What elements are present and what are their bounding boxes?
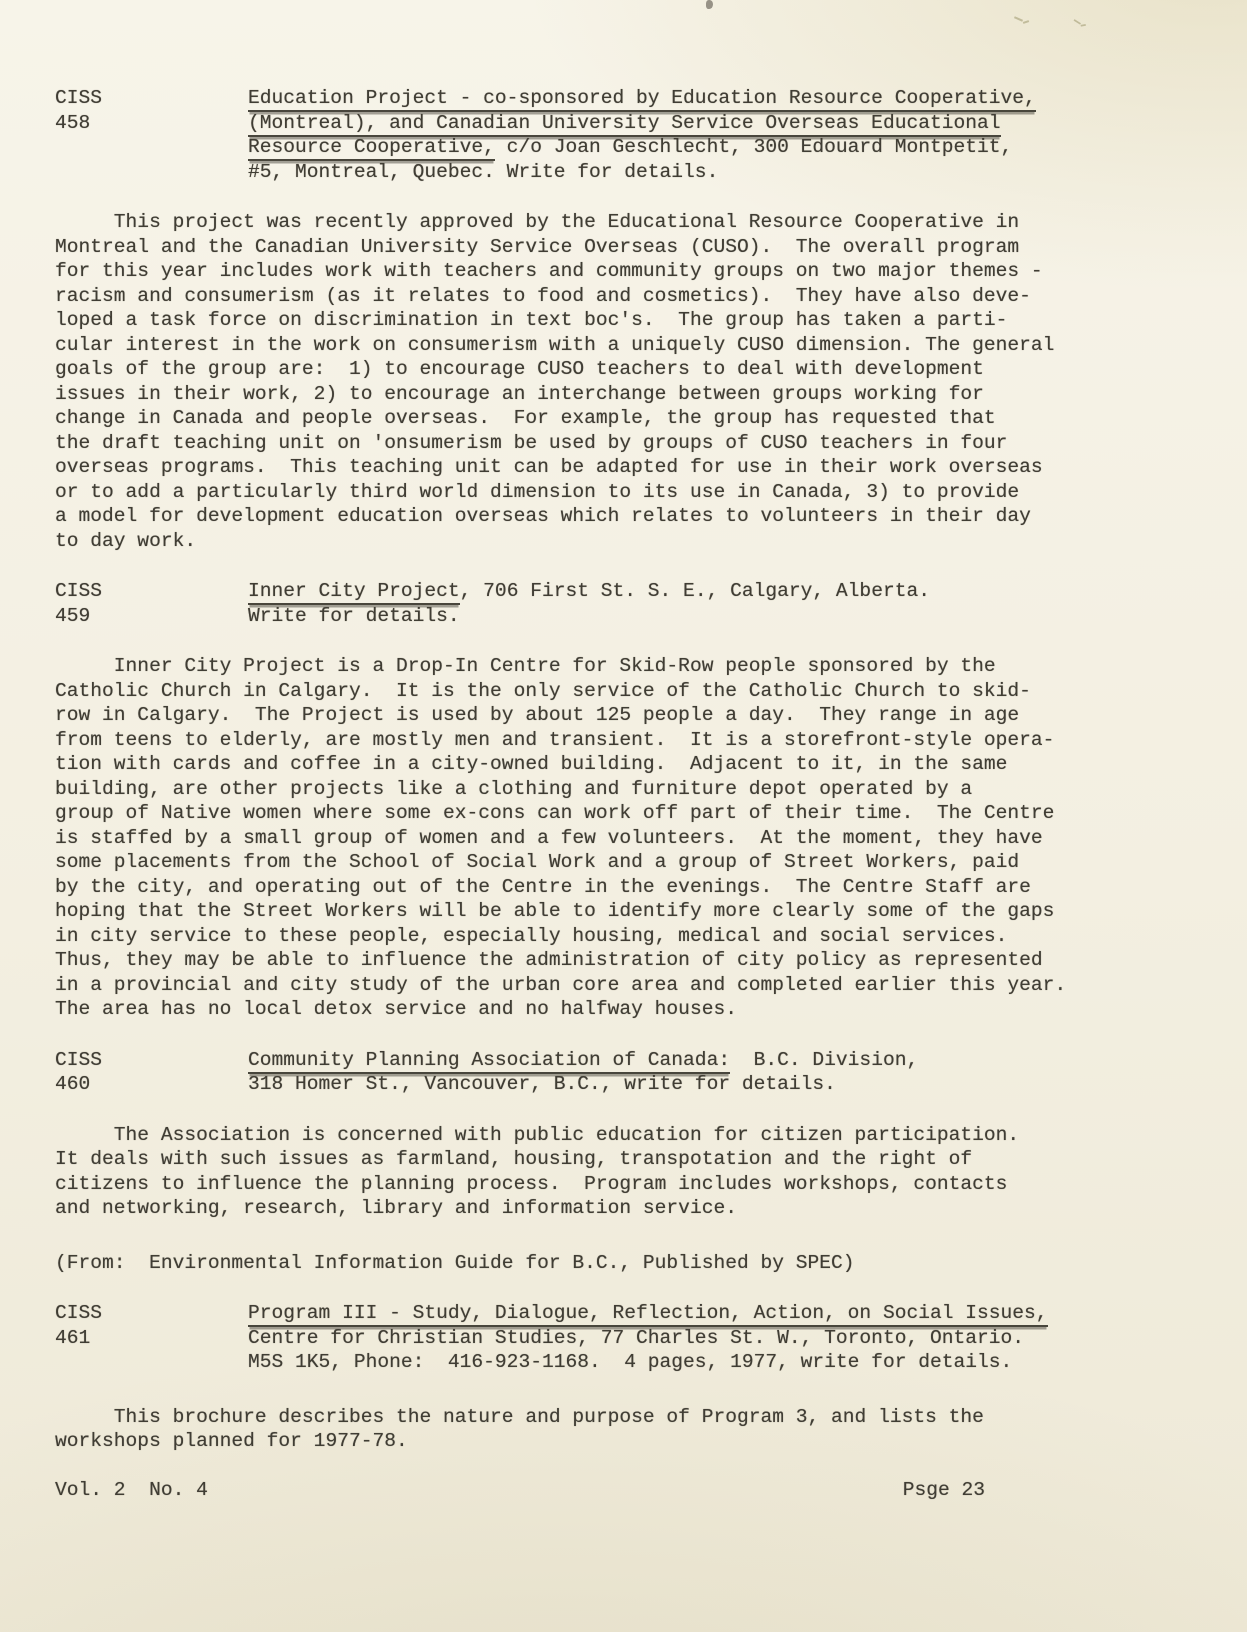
heading-line: (Montreal), and Canadian University Serv… [248, 111, 1207, 136]
entry-code: CISS458 [55, 86, 248, 135]
text-line: the draft teaching unit on 'onsumerism b… [55, 431, 1207, 456]
entry-ciss-459: CISS459Inner City Project, 706 First St.… [55, 579, 1207, 628]
text-line: in a provincial and city study of the ur… [55, 973, 1207, 998]
entry-heading: Community Planning Association of Canada… [248, 1048, 1207, 1097]
page-number: Psge 23 [903, 1478, 985, 1503]
heading-text: 318 Homer St., Vancouver, B.C., write fo… [248, 1073, 836, 1095]
entry-code-text: CISS [55, 1301, 248, 1326]
text-line: for this year includes work with teacher… [55, 259, 1207, 284]
entry-code-text: CISS [55, 579, 248, 604]
source-note: (From: Environmental Information Guide f… [55, 1251, 1207, 1276]
text-line: racism and consumerism (as it relates to… [55, 284, 1207, 309]
heading-text: , 706 First St. S. E., Calgary, Alberta. [460, 580, 930, 602]
text-line: a model for development education overse… [55, 504, 1207, 529]
heading-line: M5S 1K5, Phone: 416-923-1168. 4 pages, 1… [248, 1350, 1207, 1375]
entry-heading: Inner City Project, 706 First St. S. E.,… [248, 579, 1207, 628]
heading-text: M5S 1K5, Phone: 416-923-1168. 4 pages, 1… [248, 1351, 1012, 1373]
text-line: This brochure describes the nature and p… [55, 1405, 1207, 1430]
heading-text: #5, Montreal, Quebec. Write for details. [248, 161, 718, 183]
text-line: citizens to influence the planning proce… [55, 1172, 1207, 1197]
text-line: Catholic Church in Calgary. It is the on… [55, 679, 1207, 704]
scanned-page: { "page": { "paper_color": "#f4f0e2", "i… [0, 0, 1247, 1632]
entry-code: CISS460 [55, 1048, 248, 1097]
document-body: CISS458Education Project - co-sponsored … [0, 0, 1247, 1454]
text-line: goals of the group are: 1) to encourage … [55, 357, 1207, 382]
entry-number: 460 [55, 1072, 248, 1097]
volume-issue-label: Vol. 2 No. 4 [55, 1478, 208, 1503]
heading-text: Write for details. [248, 605, 460, 627]
text-line: overseas programs. This teaching unit ca… [55, 455, 1207, 480]
heading-line: Resource Cooperative, c/o Joan Geschlech… [248, 135, 1207, 160]
text-line: by the city, and operating out of the Ce… [55, 875, 1207, 900]
entry-number: 461 [55, 1326, 248, 1351]
heading-line: Write for details. [248, 604, 1207, 629]
heading-line: Program III - Study, Dialogue, Reflectio… [248, 1301, 1207, 1326]
heading-line: #5, Montreal, Quebec. Write for details. [248, 160, 1207, 185]
entry-ciss-458: CISS458Education Project - co-sponsored … [55, 86, 1207, 184]
text-line: change in Canada and people overseas. Fo… [55, 406, 1207, 431]
text-line: group of Native women where some ex-cons… [55, 801, 1207, 826]
text-line: from teens to elderly, are mostly men an… [55, 728, 1207, 753]
text-line: row in Calgary. The Project is used by a… [55, 703, 1207, 728]
text-line: loped a task force on discrimination in … [55, 308, 1207, 333]
heading-line: Community Planning Association of Canada… [248, 1048, 1207, 1073]
text-line: Montreal and the Canadian University Ser… [55, 235, 1207, 260]
paragraph: Inner City Project is a Drop-In Centre f… [55, 654, 1207, 1022]
entry-heading: Education Project - co-sponsored by Educ… [248, 86, 1207, 184]
underlined-text: Education Project - co-sponsored by Educ… [248, 87, 1036, 112]
page-footer: Vol. 2 No. 4 Psge 23 [0, 1478, 1247, 1503]
paragraph: This project was recently approved by th… [55, 210, 1207, 553]
text-line: and networking, research, library and in… [55, 1196, 1207, 1221]
underlined-text: Program III - Study, Dialogue, Reflectio… [248, 1302, 1048, 1327]
entry-heading: Program III - Study, Dialogue, Reflectio… [248, 1301, 1207, 1375]
text-line: It deals with such issues as farmland, h… [55, 1147, 1207, 1172]
underlined-text: (Montreal), and Canadian University Serv… [248, 112, 1001, 137]
text-line: issues in their work, 2) to encourage an… [55, 382, 1207, 407]
entry-number: 458 [55, 111, 248, 136]
underlined-text: Community Planning Association of Canada… [248, 1049, 730, 1074]
text-line: is staffed by a small group of women and… [55, 826, 1207, 851]
text-line: or to add a particularly third world dim… [55, 480, 1207, 505]
text-line: some placements from the School of Socia… [55, 850, 1207, 875]
text-line: Thus, they may be able to influence the … [55, 948, 1207, 973]
heading-text: c/o Joan Geschlecht, 300 Edouard Montpet… [495, 136, 1012, 158]
entry-code-text: CISS [55, 86, 248, 111]
heading-line: Inner City Project, 706 First St. S. E.,… [248, 579, 1207, 604]
paragraph: The Association is concerned with public… [55, 1123, 1207, 1221]
text-line: hoping that the Street Workers will be a… [55, 899, 1207, 924]
heading-line: Education Project - co-sponsored by Educ… [248, 86, 1207, 111]
text-line: The area has no local detox service and … [55, 997, 1207, 1022]
entry-ciss-460: CISS460Community Planning Association of… [55, 1048, 1207, 1097]
underlined-text: Inner City Project [248, 580, 460, 605]
entry-number: 459 [55, 604, 248, 629]
pencil-smudge [1012, 15, 1032, 27]
pencil-smudge [1071, 18, 1089, 30]
entry-code-text: CISS [55, 1048, 248, 1073]
heading-line: 318 Homer St., Vancouver, B.C., write fo… [248, 1072, 1207, 1097]
paragraph: This brochure describes the nature and p… [55, 1405, 1207, 1454]
text-line: Inner City Project is a Drop-In Centre f… [55, 654, 1207, 679]
underlined-text: Resource Cooperative, [248, 136, 495, 161]
heading-text: Centre for Christian Studies, 77 Charles… [248, 1327, 1024, 1349]
text-line: building, are other projects like a clot… [55, 777, 1207, 802]
heading-text: B.C. Division, [730, 1049, 918, 1071]
entry-code: CISS459 [55, 579, 248, 628]
text-line: to day work. [55, 529, 1207, 554]
text-line: tion with cards and coffee in a city-own… [55, 752, 1207, 777]
entry-code: CISS461 [55, 1301, 248, 1350]
text-line: cular interest in the work on consumeris… [55, 333, 1207, 358]
text-line: The Association is concerned with public… [55, 1123, 1207, 1148]
text-line: in city service to these people, especia… [55, 924, 1207, 949]
heading-line: Centre for Christian Studies, 77 Charles… [248, 1326, 1207, 1351]
text-line: This project was recently approved by th… [55, 210, 1207, 235]
text-line: workshops planned for 1977-78. [55, 1429, 1207, 1454]
entry-ciss-461: CISS461Program III - Study, Dialogue, Re… [55, 1301, 1207, 1375]
